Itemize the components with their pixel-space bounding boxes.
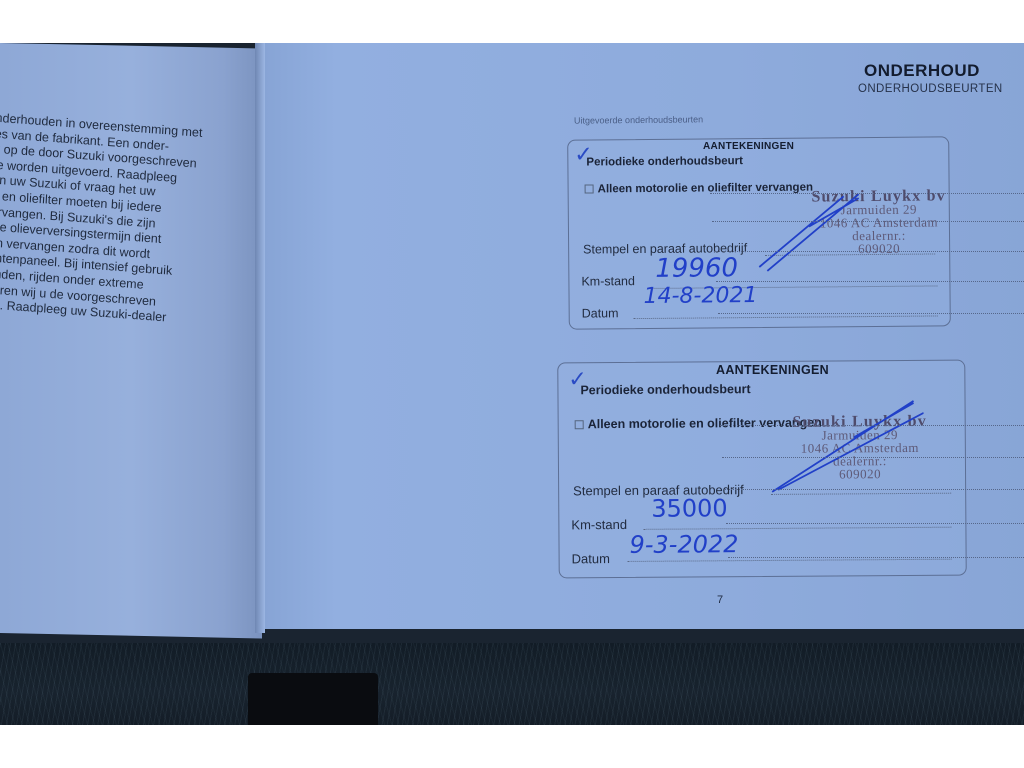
- notes-line[interactable]: [716, 281, 1024, 282]
- binder-clip: [248, 673, 378, 725]
- notes-line[interactable]: [726, 523, 1024, 524]
- km-value[interactable]: 19960: [655, 253, 738, 284]
- dealer-stamp: Suzuki Luykx bv Jarmuiden 29 1046 AC Ams…: [779, 189, 980, 256]
- notes-line[interactable]: [714, 251, 1024, 252]
- date-line: [628, 559, 952, 562]
- notes-line[interactable]: [712, 221, 1024, 222]
- km-line: [643, 527, 951, 530]
- notes-line[interactable]: [728, 557, 1024, 558]
- date-label: Datum: [572, 551, 610, 566]
- checkbox-icon[interactable]: [585, 184, 594, 193]
- notes-line[interactable]: [710, 193, 1024, 194]
- km-label: Km-stand: [571, 517, 627, 532]
- date-value[interactable]: 14-8-2021: [643, 283, 757, 309]
- page-subtitle: ONDERHOUDSBEURTEN: [858, 83, 1003, 95]
- booklet-spine: [255, 43, 265, 633]
- section-label: Uitgevoerde onderhoudsbeurten: [574, 114, 703, 125]
- option-periodic[interactable]: Periodieke onderhoudsbeurt: [586, 155, 743, 168]
- page-title: ONDERHOUD: [864, 61, 980, 81]
- notes-title: AANTEKENINGEN: [703, 141, 794, 152]
- maintenance-record-1: ✓ Periodieke onderhoudsbeurt Alleen moto…: [567, 136, 951, 329]
- checkbox-icon[interactable]: [575, 420, 584, 429]
- left-page: nderhouden in overeenstemming met es van…: [0, 43, 262, 638]
- date-value[interactable]: 9-3-2022: [629, 530, 738, 559]
- notes-line[interactable]: [718, 313, 1024, 314]
- option-periodic[interactable]: Periodieke onderhoudsbeurt: [580, 382, 750, 397]
- booklet-photo: nderhouden in overeenstemming met es van…: [0, 43, 1024, 725]
- km-value[interactable]: 35000: [651, 494, 728, 523]
- km-label: Km-stand: [581, 274, 635, 288]
- stamp-line: [771, 493, 951, 495]
- date-label: Datum: [582, 306, 619, 320]
- notes-title: AANTEKENINGEN: [716, 363, 829, 377]
- notes-line[interactable]: [722, 457, 1024, 458]
- right-page: ONDERHOUD ONDERHOUDSBEURTEN Uitgevoerde …: [258, 43, 1024, 629]
- left-page-text: nderhouden in overeenstemming met es van…: [0, 111, 260, 332]
- date-line: [634, 315, 938, 319]
- maintenance-record-2: ✓ Periodieke onderhoudsbeurt Alleen moto…: [557, 360, 966, 579]
- notes-line[interactable]: [720, 425, 1024, 426]
- carpet-background: [0, 643, 1024, 725]
- page-number: 7: [717, 594, 723, 606]
- notes-line[interactable]: [724, 489, 1024, 490]
